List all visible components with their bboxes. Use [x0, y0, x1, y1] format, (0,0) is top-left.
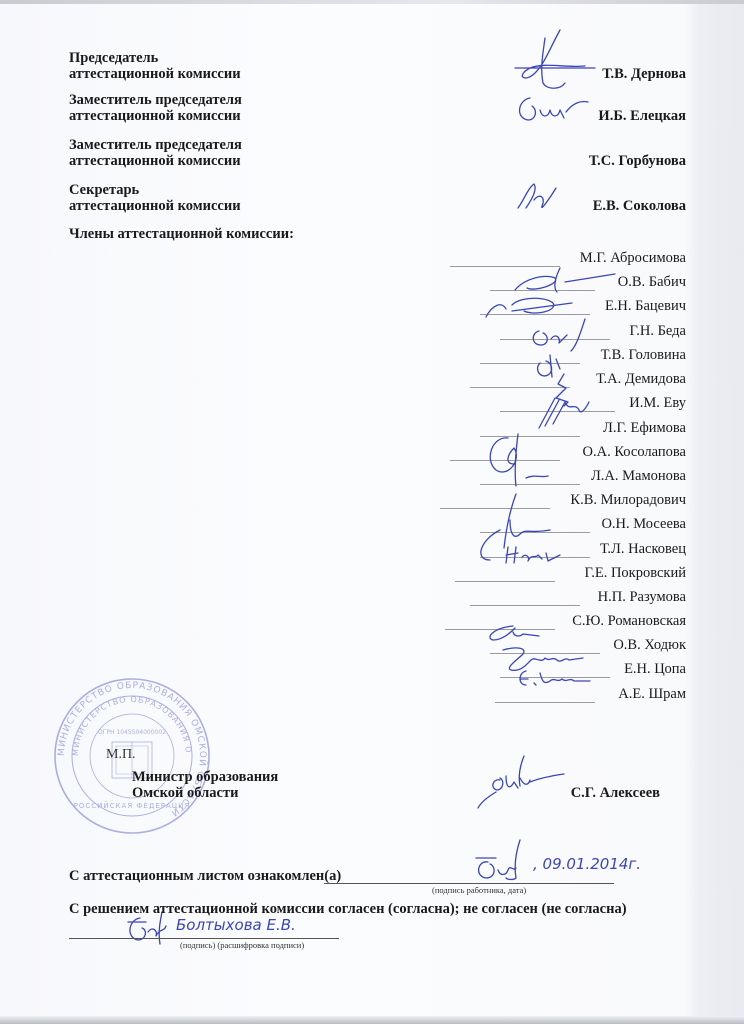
member-signature-icon — [548, 370, 578, 410]
member-signature-icon — [530, 345, 570, 385]
member-signature-icon — [482, 285, 592, 325]
role-line: Заместитель председателя — [69, 137, 242, 153]
members-title: Члены аттестационной комиссии: — [69, 226, 294, 243]
minister-title: Министр образования Омской области — [132, 769, 278, 801]
stamp-place-label: М.П. — [106, 747, 136, 763]
member-name: Г.Е. Покровский — [584, 565, 686, 581]
role-line: Секретарь — [69, 182, 241, 198]
member-name: С.Ю. Романовская — [572, 613, 686, 629]
signature-line — [445, 629, 555, 630]
signature-line — [450, 266, 560, 267]
member-name: Н.П. Разумова — [598, 589, 686, 605]
stamp-bottom-text: РОССИЙСКАЯ ФЕДЕРАЦИЯ — [74, 801, 191, 810]
acknowledgement-signature-icon — [468, 838, 528, 888]
signature-line — [470, 605, 580, 606]
signature-line — [495, 702, 595, 703]
signature-line — [480, 557, 590, 558]
member-name: И.М. Еву — [629, 395, 686, 411]
minister-title-line: Министр образования — [132, 769, 278, 785]
secretary-role: Секретарь аттестационной комиссии — [69, 182, 241, 214]
minister-signature-icon — [470, 752, 570, 812]
role-line: аттестационной комиссии — [69, 66, 241, 82]
role-line: аттестационной комиссии — [69, 153, 242, 169]
member-name: О.В. Ходюк — [613, 637, 686, 653]
decision-label: С решением аттестационной комиссии согла… — [69, 901, 627, 918]
signature-line — [480, 532, 590, 533]
page-top-edge — [0, 0, 744, 4]
signature-line — [500, 411, 615, 412]
deputy-1-signature-icon — [510, 90, 590, 130]
minister-title-line: Омской области — [132, 785, 278, 801]
member-signature-icon — [502, 543, 562, 567]
decision-signature-line — [69, 938, 339, 939]
member-signature-icon — [483, 622, 543, 646]
member-name: Е.Н. Бацевич — [605, 298, 686, 314]
stamp-ogrn: ОГРН 1045504000002 — [98, 729, 166, 736]
member-name: Т.Л. Насковец — [600, 541, 686, 557]
signature-line — [480, 484, 580, 485]
signature-line — [470, 387, 570, 388]
role-line: Заместитель председателя — [69, 92, 242, 108]
acknowledgement-caption: (подпись работника, дата) — [432, 885, 526, 895]
deputy-chairman-2-role: Заместитель председателя аттестационной … — [69, 137, 242, 169]
member-signature-icon — [514, 667, 594, 691]
secretary-name: Е.В. Соколова — [593, 198, 686, 214]
signature-line — [500, 339, 610, 340]
decision-caption: (подпись) (расшифровка подписи) — [180, 940, 304, 950]
role-line: аттестационной комиссии — [69, 198, 241, 214]
member-name: Г.Н. Беда — [630, 323, 686, 339]
signature-line — [440, 508, 550, 509]
member-signature-icon — [525, 315, 595, 355]
role-line: Председатель — [69, 50, 241, 66]
page-bottom-edge — [0, 1016, 744, 1024]
chairman-role: Председатель аттестационной комиссии — [69, 50, 241, 82]
member-signature-icon — [497, 644, 587, 674]
signature-line — [480, 436, 580, 437]
decision-handwritten-name: Болтыхова Е.В. — [176, 916, 296, 934]
acknowledgement-signature-line — [324, 883, 614, 884]
minister-name: С.Г. Алексеев — [571, 785, 660, 802]
member-name: Е.Н. Цопа — [624, 661, 686, 677]
acknowledgement-date: , 09.01.2014г. — [533, 855, 641, 873]
member-name: О.А. Косолапова — [583, 444, 686, 460]
signature-line — [480, 314, 590, 315]
member-name: Л.Г. Ефимова — [603, 420, 686, 436]
scanned-page: Председатель аттестационной комиссии Т.В… — [0, 0, 744, 1024]
role-line: аттестационной комиссии — [69, 108, 242, 124]
signature-line — [450, 460, 560, 461]
member-signature-icon — [535, 392, 595, 432]
signature-line — [500, 677, 610, 678]
deputy-chairman-1-name: И.Б. Елецкая — [598, 108, 686, 124]
chairman-signature-icon — [505, 28, 605, 108]
member-name: Т.В. Головина — [601, 347, 686, 363]
signature-line — [480, 363, 580, 364]
signature-line — [455, 581, 555, 582]
deputy-chairman-1-role: Заместитель председателя аттестационной … — [69, 92, 242, 124]
deputy-chairman-2-name: Т.С. Горбунова — [589, 153, 686, 169]
member-name: К.В. Милорадович — [570, 492, 686, 508]
acknowledgement-label: С аттестационным листом ознакомлен(а) — [69, 868, 341, 885]
secretary-signature-icon — [510, 178, 560, 218]
member-name: Л.А. Мамонова — [591, 468, 686, 484]
member-name: О.В. Бабич — [618, 274, 686, 290]
chairman-name: Т.В. Дернова — [602, 66, 686, 82]
member-signature-icon — [478, 430, 558, 500]
signature-line — [490, 290, 595, 291]
member-name: А.Е. Шрам — [618, 686, 686, 702]
signature-line — [490, 653, 600, 654]
member-name: М.Г. Абросимова — [580, 250, 686, 266]
member-name: О.Н. Мосеева — [601, 516, 686, 532]
member-name: Т.А. Демидова — [596, 371, 686, 387]
member-signature-icon — [470, 490, 560, 570]
